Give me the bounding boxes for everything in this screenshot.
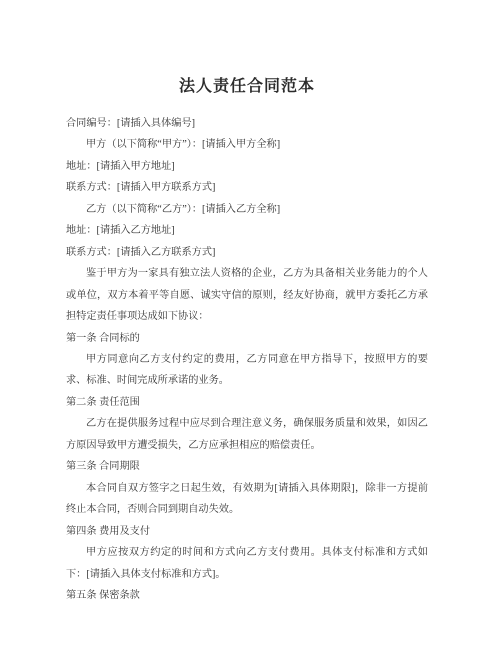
- article-5-heading: 第五条 保密条款: [66, 585, 428, 606]
- preamble-paragraph: 鉴于甲方为一家具有独立法人资格的企业，乙方为具备相关业务能力的个人或单位，双方本…: [66, 263, 428, 327]
- article-1-heading: 第一条 合同标的: [66, 328, 428, 349]
- party-b-address-line: 地址：[请插入乙方地址]: [66, 220, 428, 241]
- article-4-body: 甲方应按双方约定的时间和方式向乙方支付费用。具体支付标准和方式如下：[请插入具体…: [66, 542, 428, 585]
- party-b-line: 乙方（以下简称“乙方”）：[请插入乙方全称]: [66, 199, 428, 220]
- article-2-heading: 第二条 责任范围: [66, 392, 428, 413]
- article-3-body: 本合同自双方签字之日起生效，有效期为[请插入具体期限]，除非一方提前终止本合同，…: [66, 478, 428, 521]
- contract-number-line: 合同编号：[请插入具体编号]: [66, 113, 428, 134]
- party-b-contact-line: 联系方式：[请插入乙方联系方式]: [66, 242, 428, 263]
- document-title: 法人责任合同范本: [66, 75, 428, 99]
- article-1-body: 甲方同意向乙方支付约定的费用，乙方同意在甲方指导下，按照甲方的要求、标准、时间完…: [66, 349, 428, 392]
- document-page: 法人责任合同范本 合同编号：[请插入具体编号] 甲方（以下简称“甲方”）：[请插…: [0, 0, 500, 647]
- party-a-line: 甲方（以下简称“甲方”）：[请插入甲方全称]: [66, 134, 428, 155]
- article-3-heading: 第三条 合同期限: [66, 456, 428, 477]
- article-2-body: 乙方在提供服务过程中应尽到合理注意义务，确保服务质量和效果，如因乙方原因导致甲方…: [66, 413, 428, 456]
- article-4-heading: 第四条 费用及支付: [66, 521, 428, 542]
- party-a-address-line: 地址：[请插入甲方地址]: [66, 156, 428, 177]
- party-a-contact-line: 联系方式：[请插入甲方联系方式]: [66, 177, 428, 198]
